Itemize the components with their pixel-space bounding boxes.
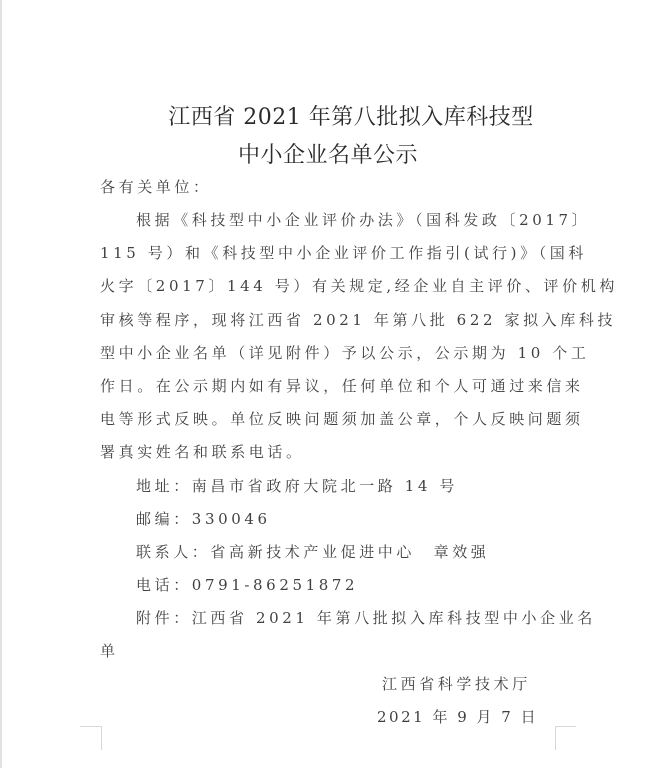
salutation: 各有关单位： (100, 176, 212, 197)
body-line: 型中小企业名单（详见附件）予以公示，公示期为 10 个工 (100, 342, 589, 363)
document-title-line-2: 中小企业名单公示 (4, 138, 648, 169)
address-line: 地址：南昌市省政府大院北一路 14 号 (136, 475, 458, 496)
body-line: 署真实姓名和联系电话。 (100, 441, 305, 462)
body-line: 审核等程序，现将江西省 2021 年第八批 622 家拟入库科技 (100, 309, 616, 330)
issue-date: 2021 年 9 月 7 日 (377, 706, 538, 727)
body-line: 电等形式反映。单位反映问题须加盖公章，个人反映问题须 (100, 408, 584, 429)
body-line: 根据《科技型中小企业评价办法》（国科发政〔2017〕 (136, 209, 590, 230)
document-title-line-1: 江西省 2021 年第八批拟入库科技型 (27, 100, 648, 131)
page-left-edge (0, 0, 2, 768)
attachment-line: 附件：江西省 2021 年第八批拟入库科技型中小企业名 (136, 607, 596, 628)
attachment-line-continued: 单 (100, 640, 119, 661)
postcode-line: 邮编：330046 (136, 508, 271, 529)
body-line: 火字〔2017〕144 号）有关规定,经企业自主评价、评价机构 (100, 275, 618, 296)
body-line: 115 号）和《科技型中小企业评价工作指引(试行)》（国科 (100, 242, 587, 263)
phone-line: 电话：0791-86251872 (136, 574, 358, 595)
body-line: 作日。在公示期内如有异议，任何单位和个人可通过来信来 (100, 375, 584, 396)
issuer-signature: 江西省科学技术厅 (382, 673, 531, 694)
contact-person-line: 联系人：省高新技术产业促进中心 章效强 (136, 541, 489, 562)
